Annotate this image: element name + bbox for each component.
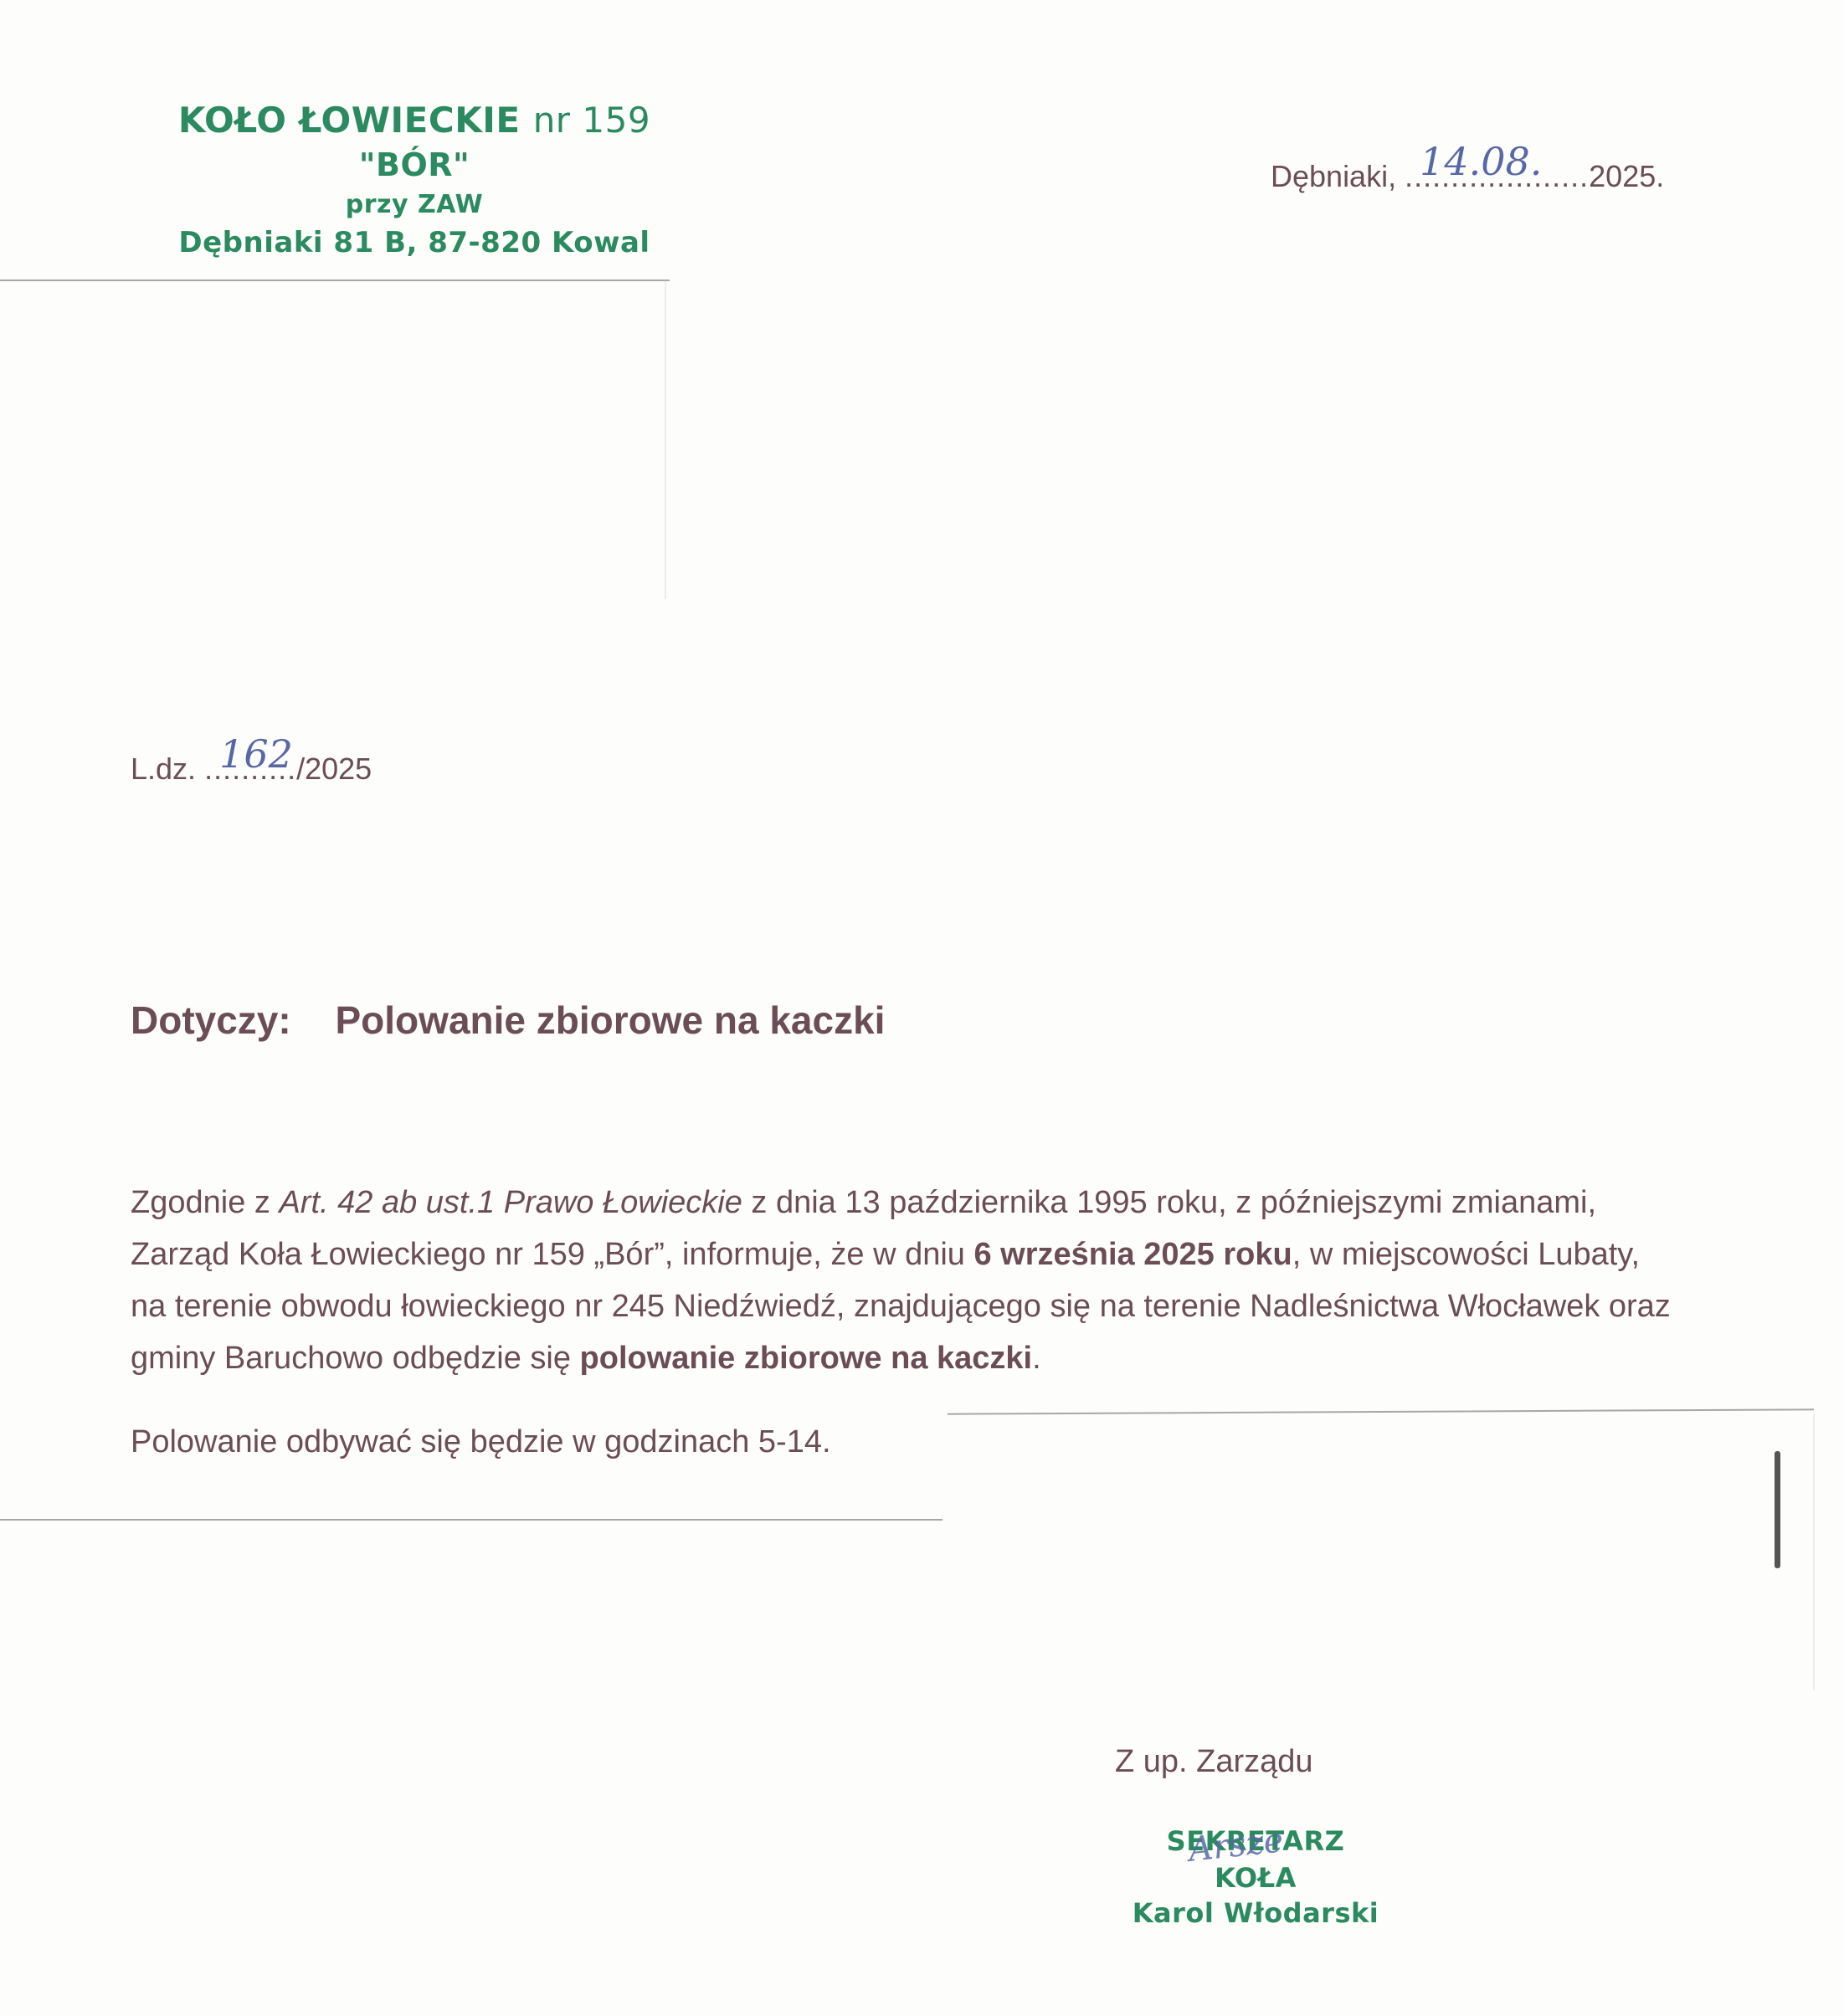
scan-line-lower <box>0 1519 943 1521</box>
reference-number: L.dz. .......... 162 /2025 <box>131 752 372 787</box>
scan-edge-vertical <box>665 281 666 599</box>
scan-line-top <box>0 280 670 281</box>
stamp-org-address: Dębniaki 81 B, 87-820 Kowal <box>159 223 670 263</box>
hunt-date: 6 września 2025 roku <box>973 1237 1292 1272</box>
stamp-org-number: nr 159 <box>533 100 650 141</box>
date-handwritten: 14.08. <box>1420 139 1542 184</box>
date-year: 2025. <box>1589 159 1664 193</box>
date-place: Dębniaki, <box>1271 159 1396 193</box>
organization-stamp: KOŁO ŁOWIECKIE nr 159 "BÓR" przy ZAW Dęb… <box>159 99 670 263</box>
reference-suffix: /2025 <box>296 752 372 786</box>
secretary-name: Karol Włodarski <box>1122 1896 1389 1930</box>
staple-mark <box>1775 1451 1780 1568</box>
subject-line: Dotyczy: Polowanie zbiorowe na kaczki <box>131 998 885 1043</box>
subject-label: Dotyczy: <box>131 998 291 1042</box>
body-paragraph-2: Polowanie odbywać się będzie w godzinach… <box>131 1416 1721 1468</box>
body-paragraph-1: Zgodnie z Art. 42 ab ust.1 Prawo Łowieck… <box>131 1177 1671 1384</box>
letter-body: Zgodnie z Art. 42 ab ust.1 Prawo Łowieck… <box>131 1177 1721 1468</box>
body-text: Zgodnie z <box>131 1185 279 1220</box>
stamp-org-affiliation: przy ZAW <box>159 187 670 223</box>
scan-edge-right <box>1813 1414 1815 1690</box>
stamp-org-alias: "BÓR" <box>159 142 670 187</box>
reference-handwritten: 162 <box>219 731 293 777</box>
reference-prefix: L.dz. <box>131 752 196 786</box>
date-line: Dębniaki, .................... 14.08. 20… <box>1271 159 1664 194</box>
stamp-org-name-text: KOŁO ŁOWIECKIE <box>178 100 521 141</box>
subject-text: Polowanie zbiorowe na kaczki <box>336 998 886 1042</box>
body-text: . <box>1032 1341 1041 1376</box>
hunt-event: polowanie zbiorowe na kaczki <box>580 1341 1033 1376</box>
law-reference: Art. 42 ab ust.1 Prawo Łowieckie <box>279 1185 742 1220</box>
signature-intro: Z up. Zarządu <box>1115 1744 1313 1780</box>
stamp-org-name: KOŁO ŁOWIECKIE nr 159 <box>159 99 670 142</box>
